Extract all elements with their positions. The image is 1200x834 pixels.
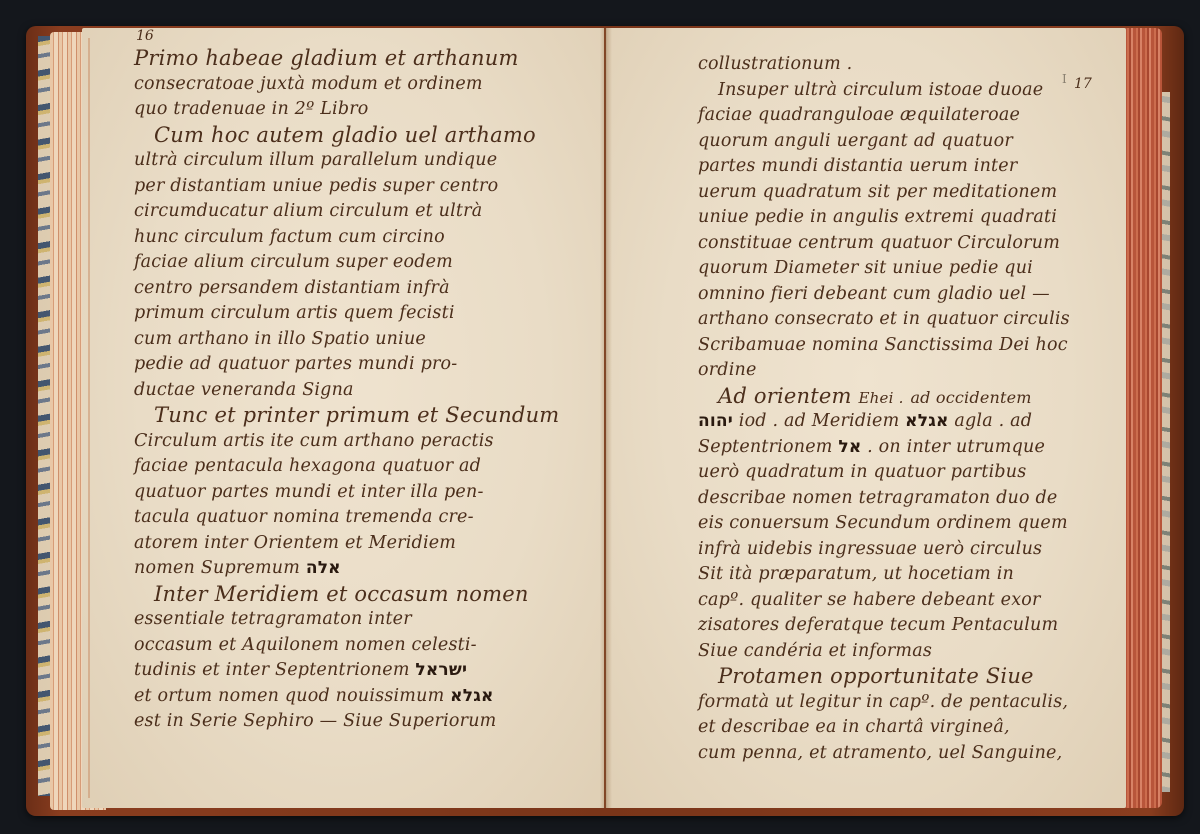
text-line: Siue candéria et informas: [698, 639, 1098, 665]
hebrew-name-septentrionem: אל: [838, 437, 861, 457]
text-line: Tunc et printer primum et Secundum: [134, 403, 554, 429]
text-line: Sit ità præparatum, ut hocetiam in: [698, 562, 1098, 588]
page-number-left: 16: [136, 28, 154, 44]
text-line: uniue pedie in angulis extremi quadrati: [698, 205, 1098, 231]
text-line: Circulum artis ite cum arthano peractis: [134, 429, 554, 455]
text-line: quorum Diameter sit uniue pedie qui: [698, 256, 1098, 282]
text-line: consecratoae juxtà modum et ordinem: [134, 72, 554, 98]
text-fragment: Ad orientem: [718, 384, 852, 408]
right-page-text: collustrationum . Insuper ultrà circulum…: [698, 52, 1098, 766]
text-line: יהוה iod . ad Meridiem אגלא agla . ad: [698, 409, 1098, 435]
text-line: est in Serie Sephiro — Siue Superiorum: [134, 709, 554, 735]
text-line: ordine: [698, 358, 1098, 384]
hebrew-name-supremum: אלה: [306, 558, 341, 578]
text-fragment: tudinis et inter Septentrionem: [134, 660, 410, 680]
text-line: partes mundi distantia uerum inter: [698, 154, 1098, 180]
text-line: circumducatur alium circulum et ultrà: [134, 199, 554, 225]
text-fragment: . on inter utrumque: [867, 437, 1045, 457]
text-line: describae nomen tetragramaton duo de: [698, 486, 1098, 512]
text-line: uerum quadratum sit per meditationem: [698, 180, 1098, 206]
text-line: quo tradenuae in 2º Libro: [134, 97, 554, 123]
text-line: essentiale tetragramaton inter: [134, 607, 554, 633]
text-line: faciae quadranguloae æquilateroae: [698, 103, 1098, 129]
text-line: quorum anguli uergant ad quatuor: [698, 129, 1098, 155]
hebrew-name-celestitudinis: ישראל: [415, 660, 467, 680]
text-line: constituae centrum quatuor Circulorum: [698, 231, 1098, 257]
text-line: Scribamuae nomina Sanctissima Dei hoc: [698, 333, 1098, 359]
text-fragment: ad Meridiem: [784, 411, 899, 431]
text-line: Protamen opportunitate Siue: [698, 664, 1098, 690]
text-line: et ortum nomen quod nouissimum אגלא: [134, 684, 554, 710]
text-line: Primo habeae gladium et arthanum: [134, 46, 554, 72]
open-book: 16 17 I Primo habeae gladium et arthanum…: [26, 22, 1184, 822]
text-line: capº. qualiter se habere debeant exor: [698, 588, 1098, 614]
text-line: zisatores deferatque tecum Pentaculum: [698, 613, 1098, 639]
text-fragment: et ortum nomen quod nouissimum: [134, 686, 444, 706]
text-line: eis conuersum Secundum ordinem quem: [698, 511, 1098, 537]
book-gutter: [600, 28, 612, 808]
text-fragment: nomen Supremum: [134, 558, 300, 578]
page-fold-line: [88, 38, 90, 798]
hebrew-name-meridiem: אגלא: [905, 411, 948, 431]
hebrew-name-ortum: אגלא: [450, 686, 493, 706]
text-line: quatuor partes mundi et inter illa pen-: [134, 480, 554, 506]
text-line: cum penna, et atramento, uel Sanguine,: [698, 741, 1098, 767]
text-line: primum circulum artis quem fecisti: [134, 301, 554, 327]
text-line: uerò quadratum in quatuor partibus: [698, 460, 1098, 486]
text-line: arthano consecrato et in quatuor circuli…: [698, 307, 1098, 333]
text-line: Ad orientem Ehei . ad occidentem: [698, 384, 1098, 410]
text-fragment: essentiale tetragramaton inter: [134, 609, 412, 629]
text-line: ductae venerandа Signa: [134, 378, 554, 404]
text-line: Inter Meridiem et occasum nomen: [134, 582, 554, 608]
text-line: collustrationum .: [698, 52, 1098, 78]
text-line: tudinis et inter Septentrionem ישראל: [134, 658, 554, 684]
text-line: Septentrionem אל . on inter utrumque: [698, 435, 1098, 461]
text-fragment: Ehei .: [859, 389, 904, 407]
text-fragment: agla . ad: [954, 411, 1032, 431]
text-line: cum arthano in illo Spatio uniue: [134, 327, 554, 353]
text-line: hunc circulum factum cum circino: [134, 225, 554, 251]
left-page-text: Primo habeae gladium et arthanum consecr…: [134, 46, 554, 735]
text-line: infrà uidebis ingressuae uerò circulus: [698, 537, 1098, 563]
text-line: tacula quatuor nomina tremenda cre-: [134, 505, 554, 531]
text-line: formatà ut legitur in capº. de pentaculi…: [698, 690, 1098, 716]
page-edges-right: [1124, 28, 1162, 808]
text-line: centro persandem distantiam infrà: [134, 276, 554, 302]
text-line: faciae pentacula hexagona quatuor ad: [134, 454, 554, 480]
text-line: ultrà circulum illum parallelum undique: [134, 148, 554, 174]
text-line: omnino fieri debeant cum gladio uel —: [698, 282, 1098, 308]
text-line: Cum hoc autem gladio uel arthamo: [134, 123, 554, 149]
text-line: per distantiam uniue pedis super centro: [134, 174, 554, 200]
hebrew-name-occidentem: יהוה: [698, 411, 733, 431]
text-line: Insuper ultrà circulum istoae duoae: [698, 78, 1098, 104]
text-line: occasum et Aquilonem nomen celesti-: [134, 633, 554, 659]
text-line: pedie ad quatuor partes mundi pro-: [134, 352, 554, 378]
text-fragment: Septentrionem: [698, 437, 833, 457]
text-line: faciae alium circulum super eodem: [134, 250, 554, 276]
text-fragment: ad occidentem: [910, 388, 1031, 407]
text-line: atorem inter Orientem et Meridiem: [134, 531, 554, 557]
text-line: et describae ea in chartâ virgineâ,: [698, 715, 1098, 741]
text-fragment: iod .: [739, 411, 778, 431]
text-line: nomen Supremum אלה: [134, 556, 554, 582]
